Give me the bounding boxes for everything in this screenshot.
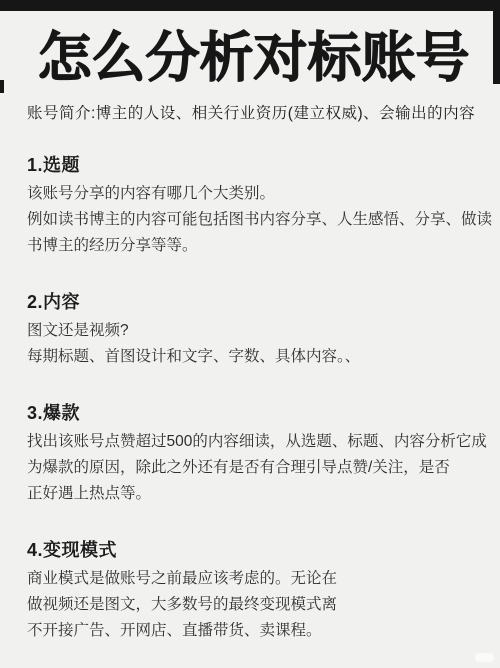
faint-watermark-blob: [475, 653, 494, 662]
section-heading: 1.选题: [27, 153, 480, 177]
section-text-line: 找出该账号点赞超过500的内容细读，从选题、标题、内容分析它成: [27, 429, 480, 455]
section-text-line: 不开接广告、开网店、直播带货、卖课程。: [27, 618, 480, 644]
section-viral-posts: 3.爆款 找出该账号点赞超过500的内容细读，从选题、标题、内容分析它成 为爆款…: [27, 401, 480, 507]
account-profile-intro: 账号简介:博主的人设、相关行业资历(建立权威)、会输出的内容: [27, 103, 480, 125]
section-content: 2.内容 图文还是视频? 每期标题、首图设计和文字、字数、具体内容。、: [27, 290, 480, 370]
section-text-line: 每期标题、首图设计和文字、字数、具体内容。、: [27, 344, 480, 370]
left-edge-dark-mark: [0, 80, 4, 93]
section-heading: 2.内容: [27, 290, 480, 314]
section-text-line: 为爆款的原因，除此之外还有是否有合理引导点赞/关注，是否: [27, 455, 480, 481]
section-heading: 3.爆款: [27, 401, 480, 425]
section-text-line: 该账号分享的内容有哪几个大类别。: [27, 181, 480, 207]
top-edge-dark-bar: [0, 0, 500, 11]
section-text-line: 商业模式是做账号之前最应该考虑的。无论在: [27, 566, 480, 592]
section-heading: 4.变现模式: [27, 538, 480, 562]
page-title: 怎么分析对标账号: [27, 24, 480, 92]
section-text-line: 正好遇上热点等。: [27, 481, 480, 507]
section-text-line: 例如读书博主的内容可能包括图书内容分享、人生感悟、分享、做读: [27, 207, 480, 233]
section-monetization: 4.变现模式 商业模式是做账号之前最应该考虑的。无论在 做视频还是图文，大多数号…: [27, 538, 480, 644]
section-topic-selection: 1.选题 该账号分享的内容有哪几个大类别。 例如读书博主的内容可能包括图书内容分…: [27, 153, 480, 259]
section-text-line: 书博主的经历分享等等。: [27, 233, 480, 259]
info-card: 怎么分析对标账号 账号简介:博主的人设、相关行业资历(建立权威)、会输出的内容 …: [0, 0, 500, 668]
section-text-line: 做视频还是图文，大多数号的最终变现模式离: [27, 592, 480, 618]
section-text-line: 图文还是视频?: [27, 318, 480, 344]
right-edge-dark-bar: [493, 0, 500, 84]
